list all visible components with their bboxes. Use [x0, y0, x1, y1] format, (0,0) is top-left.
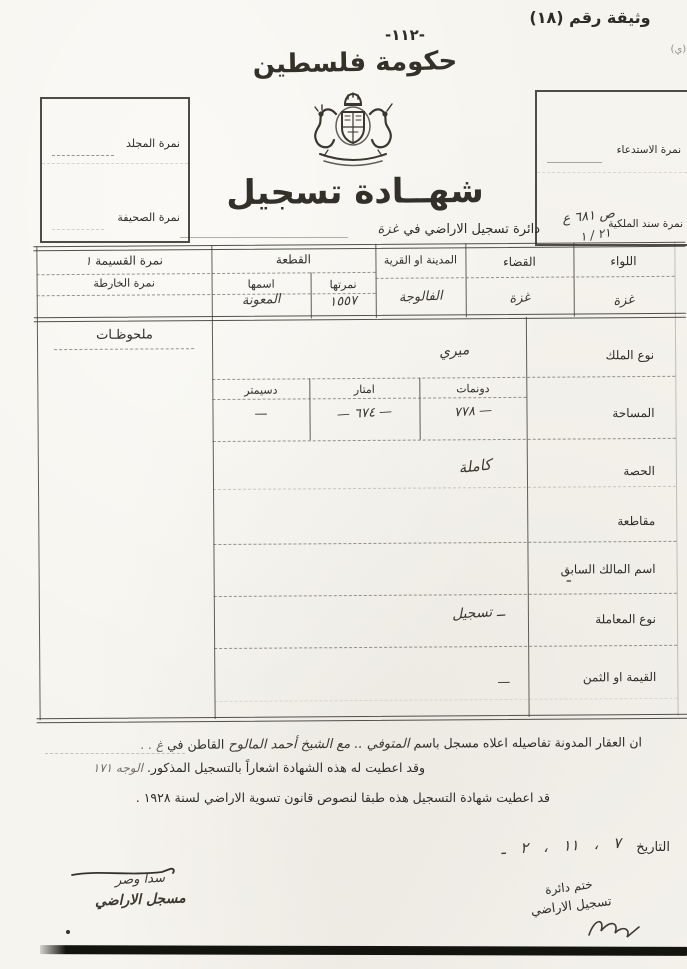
department-label: دائرة تسجيل الاراضي في: [403, 222, 540, 237]
scanned-certificate-page: وثيقة رقم (١٨) نموذج (ي) -١١٢- حكومة فلس…: [0, 0, 687, 969]
coat-of-arms: [308, 92, 398, 178]
notes-column-label: ملحوظـات: [37, 327, 212, 343]
sep-area-units: [212, 397, 526, 400]
paragraph-1-handwritten-name: المتوفي .. مع الشيخ أحمد المالوح: [228, 737, 409, 753]
paragraph-registration: ان العقار المدونة تفاصيله اعلاه مسجل باس…: [30, 734, 642, 753]
paragraph-2-printed: وقد اعطيت له هذه الشهادة اشعاراً بالتسجي…: [147, 760, 425, 775]
registrar-signature-handwriting: سدا وصر: [115, 871, 166, 889]
volume-number-label: نمرة المجلد: [54, 137, 180, 150]
muqataa-value-handwriting: [335, 511, 455, 512]
paragraph-1-printed-b: القاطن في: [167, 737, 224, 752]
unit-decimeters-label: دسيمتر: [212, 383, 309, 397]
sep-row-5: [214, 593, 677, 597]
paragraph-1-fill-line: [45, 753, 185, 754]
table-top-border: [33, 242, 685, 252]
table-header-border: [34, 313, 686, 323]
sep-row-3: [213, 486, 676, 490]
city-value-handwriting: الفالوجة: [375, 288, 466, 307]
parcel-number-sublabel: نمرتها: [311, 278, 376, 291]
col-district-label: اللواء: [573, 254, 673, 269]
registration-table: اللواء القضاء المدينة او القرية القطعة ن…: [33, 242, 687, 725]
certificate-title: شهــادة تسجيل: [195, 171, 515, 214]
row-muqataa-label: مقاطعة: [527, 514, 655, 529]
department-city-handwriting: غزة: [377, 222, 398, 237]
date-label: التاريخ: [636, 840, 670, 855]
parcel-name-sublabel: اسمها: [212, 277, 311, 291]
scan-edge-bar: [40, 945, 687, 956]
sep-row-1: [212, 376, 675, 380]
date-value-handwriting: ٧ ، ١١ ، ٢ ـ: [501, 834, 622, 858]
department-underline: [180, 237, 348, 238]
department-line-row: دائرة تسجيل الاراضي في غزة: [340, 218, 540, 237]
col-plot-label: نمرة القسيمة ١: [36, 253, 211, 268]
col-subdistrict-label: القضاء: [465, 255, 573, 270]
value-price-value-handwriting: —: [481, 675, 526, 690]
volume-sheet-box: نمرة المجلد نمرة الصحيفة: [40, 97, 190, 243]
volume-number-line: [52, 155, 114, 156]
summons-number-label: نمرة الاستدعاء: [595, 144, 681, 156]
row-share-label: الحصة: [527, 464, 655, 479]
form-ref: نموذج (ي): [644, 44, 687, 55]
map-number-label: نمرة الخارطة: [37, 276, 212, 290]
sep-header-2: [376, 276, 675, 279]
scan-artifact-line: [42, 163, 188, 164]
col-city-label: المدينة او القرية: [375, 253, 465, 267]
table-bottom-border: [37, 714, 687, 724]
summons-number-line: [547, 162, 602, 163]
stamp-signature-scribble: [585, 905, 645, 951]
sep-row-2: [213, 438, 676, 442]
unit-meters-label: امتار: [309, 383, 419, 397]
sep-row-4: [213, 541, 676, 545]
paragraph-2-handwritten-ref: الوجه ١٧١: [93, 761, 143, 775]
row-property-type-label: نوع الملك: [526, 348, 654, 363]
row-area-label: المساحة: [526, 406, 654, 421]
date-row: التاريخ ٧ ، ١١ ، ٢ ـ: [440, 836, 670, 855]
share-value-handwriting: كاملة: [429, 452, 520, 480]
sheet-number-line: [52, 229, 104, 230]
area-meters-value-handwriting: — ٦٧٤ —: [309, 403, 420, 424]
sep-row-7: [215, 698, 678, 702]
parcel-number-value-handwriting: ١٥٥٧: [310, 292, 376, 311]
sheet-number-label: نمرة الصحيفة: [54, 211, 180, 224]
plot-number-value-handwriting: ١: [85, 254, 92, 268]
district-value-handwriting: غزة: [573, 289, 674, 312]
previous-owner-value-handwriting: ـ: [541, 570, 571, 586]
row-transaction-type-label: نوع المعاملة: [528, 612, 656, 627]
sep-row-6: [214, 645, 677, 649]
registrar-title-handwriting: مسجل الاراضي: [95, 890, 186, 909]
paragraph-1-handwritten-tail: غ . .: [141, 738, 163, 752]
col-parcel-label: القطعة: [211, 252, 375, 267]
subdistrict-value-handwriting: غزة: [465, 288, 574, 309]
paragraph-notice: وقد اعطيت له هذه الشهادة اشعاراً بالتسجي…: [30, 760, 425, 775]
notes-underline: [54, 348, 194, 350]
paragraph-1-printed-a: ان العقار المدونة تفاصيله اعلاه مسجل باس…: [413, 734, 642, 750]
unit-dunams-label: دونمات: [419, 382, 526, 396]
row-value-price-label: القيمة او الثمن: [528, 670, 656, 685]
corner-doc-number: وثيقة رقم (١٨): [505, 8, 675, 27]
page-number: -١١٢-: [370, 26, 440, 44]
transaction-type-value-handwriting: ــ تسجيل: [416, 601, 542, 624]
ink-dot: [66, 930, 70, 934]
scan-artifact-line-2: [537, 172, 687, 173]
government-title: حكومة فلسطين: [230, 46, 480, 80]
parcel-name-value-handwriting: المعونة: [211, 291, 311, 310]
area-dunams-value-handwriting: — ٧٧٨: [419, 401, 527, 422]
area-decimeters-value-handwriting: —: [212, 406, 309, 422]
paragraph-law: قد اعطيت شهادة التسجيل هذه طبقا لنصوص قا…: [30, 790, 550, 805]
property-type-value-handwriting: ميري: [394, 338, 515, 365]
sep-header-1: [37, 272, 376, 275]
plot-number-label: نمرة القسيمة: [95, 253, 163, 267]
summons-deed-box: نمرة الاستدعاء نمرة سند الملكية ص ٦٨١ ع …: [535, 90, 687, 246]
